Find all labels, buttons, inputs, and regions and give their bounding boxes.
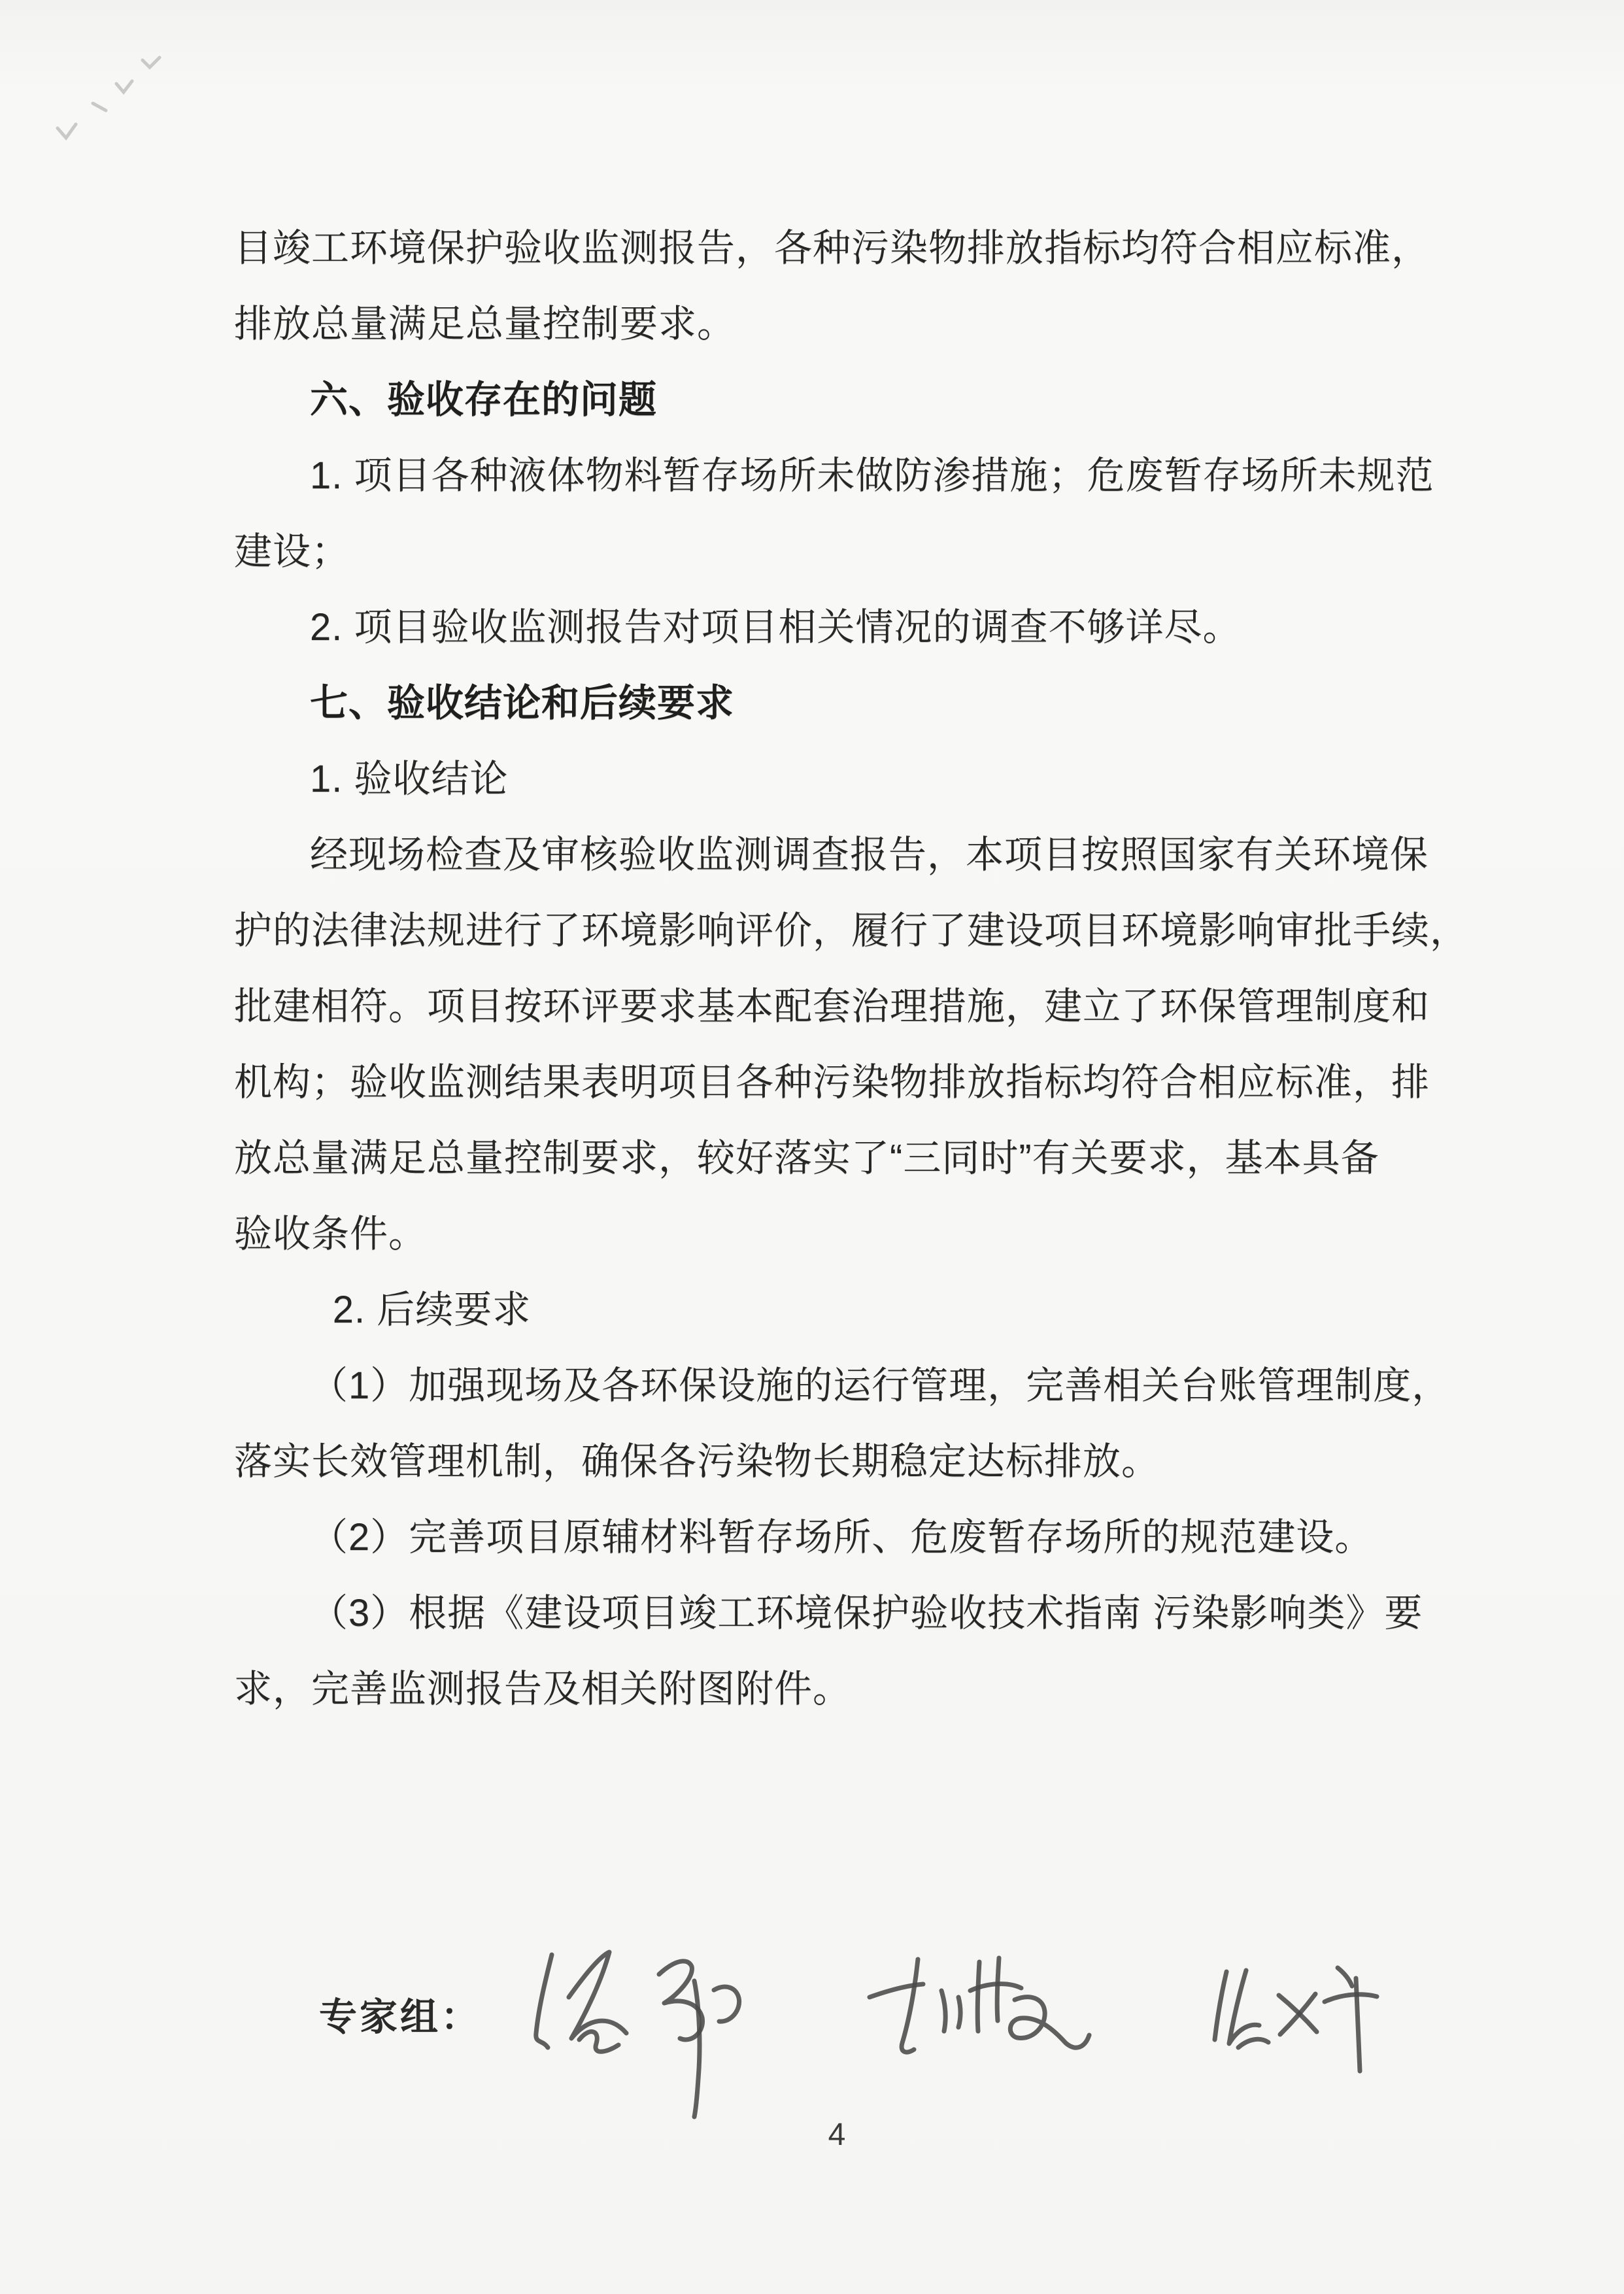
- text-line: 排放总量满足总量控制要求。: [234, 286, 1430, 362]
- scan-smudge-marks: [33, 26, 307, 183]
- text-line: 目竣工环境保护验收监测报告，各种污染物排放指标均符合相应标准，: [234, 211, 1430, 286]
- text-line: 批建相符。项目按环评要求基本配套治理措施，建立了环保管理制度和: [234, 969, 1430, 1045]
- scanned-document-page: 目竣工环境保护验收监测报告，各种污染物排放指标均符合相应标准，排放总量满足总量控…: [0, 0, 1624, 2294]
- text-line: （3）根据《建设项目竣工环境保护验收技术指南 污染影响类》要: [234, 1576, 1430, 1651]
- text-line: 求，完善监测报告及相关附图附件。: [234, 1651, 1430, 1727]
- text-line: 放总量满足总量控制要求，较好落实了“三同时”有关要求，基本具备: [234, 1121, 1430, 1196]
- text-line: 护的法律法规进行了环境影响评价，履行了建设项目环境影响审批手续，: [234, 893, 1430, 969]
- text-line: 落实长效管理机制，确保各污染物长期稳定达标排放。: [234, 1424, 1430, 1500]
- signature-1: [523, 1935, 758, 2125]
- text-line: 建设；: [234, 514, 1430, 590]
- expert-group-label: 专家组：: [319, 1986, 481, 2041]
- text-line: （1）加强现场及各环保设施的运行管理，完善相关台账管理制度，: [234, 1348, 1430, 1424]
- text-line: 1. 项目各种液体物料暂存场所未做防渗措施；危废暂存场所未规范: [234, 438, 1430, 514]
- document-body: 目竣工环境保护验收监测报告，各种污染物排放指标均符合相应标准，排放总量满足总量控…: [234, 211, 1430, 1727]
- signature-2: [850, 1945, 1111, 2069]
- text-line: （2）完善项目原辅材料暂存场所、危废暂存场所的规范建设。: [234, 1500, 1430, 1576]
- section-heading: 七、验收结论和后续要求: [234, 666, 1430, 741]
- signature-3: [1203, 1955, 1386, 2085]
- text-line: 2. 后续要求: [234, 1272, 1430, 1348]
- text-line: 验收条件。: [234, 1196, 1430, 1272]
- text-line: 机构；验收监测结果表明项目各种污染物排放指标均符合相应标准，排: [234, 1045, 1430, 1121]
- page-number: 4: [811, 2117, 863, 2153]
- section-heading: 六、验收存在的问题: [234, 362, 1430, 438]
- text-line: 经现场检查及审核验收监测调查报告，本项目按照国家有关环境保: [234, 817, 1430, 893]
- text-line: 2. 项目验收监测报告对项目相关情况的调查不够详尽。: [234, 590, 1430, 666]
- text-line: 1. 验收结论: [234, 741, 1430, 817]
